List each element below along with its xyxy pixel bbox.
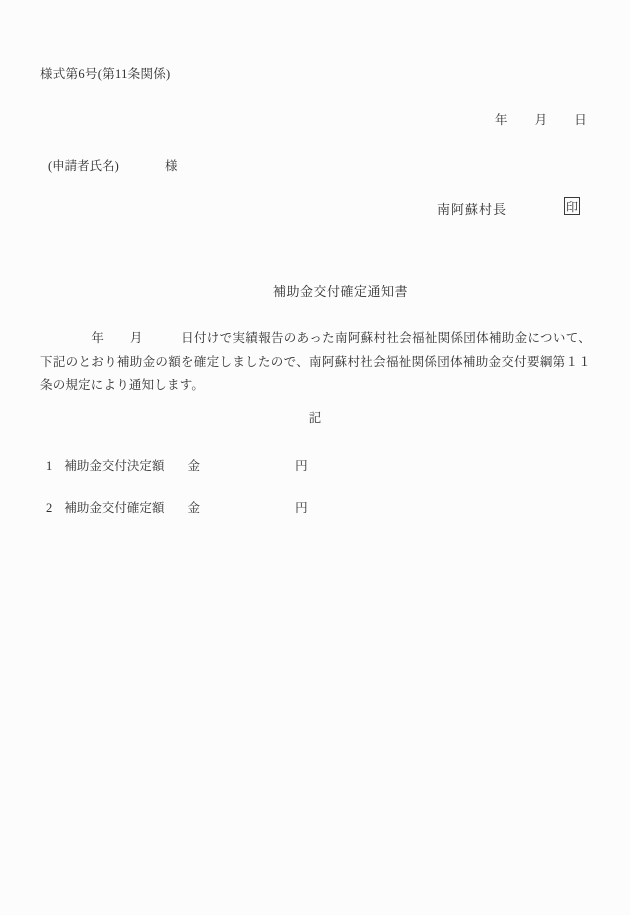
amount-suffix-label: 円 [295,501,308,515]
item-number: 2 [46,501,52,515]
amount-prefix-label: 金 [188,459,201,473]
honorific-label: 様 [165,159,178,173]
seal-stamp-box: 印 [564,197,580,215]
month-label: 月 [535,110,548,128]
item-label: 補助金交付決定額 [64,459,164,473]
item-label: 補助金交付確定額 [64,501,164,515]
amount-prefix-label: 金 [188,501,201,515]
body-paragraph: 年 月 日付けで実績報告のあった南阿蘇村社会福祉関係団体補助金について、下記のと… [40,327,591,398]
form-number-label: 様式第6号(第11条関係) [40,64,171,82]
record-marker: 記 [0,408,630,426]
document-title: 補助金交付確定通知書 [273,281,408,300]
amount-suffix-label: 円 [295,459,308,473]
date-line: 年 月 日 [495,110,587,128]
seal-character: 印 [566,198,578,215]
applicant-name-placeholder: (申請者氏名) [48,159,119,173]
document-page: 様式第6号(第11条関係) 年 月 日 (申請者氏名) 様 南阿蘇村長 印 補助… [0,0,630,915]
sender-mayor-title: 南阿蘇村長 [437,199,507,218]
addressee-line: (申請者氏名) 様 [48,156,177,174]
year-label: 年 [495,110,508,128]
day-label: 日 [574,110,587,128]
item-row-confirmed-amount: 2 補助金交付確定額 金 円 [46,498,308,516]
item-row-decided-amount: 1 補助金交付決定額 金 円 [46,456,308,474]
item-number: 1 [46,459,52,473]
